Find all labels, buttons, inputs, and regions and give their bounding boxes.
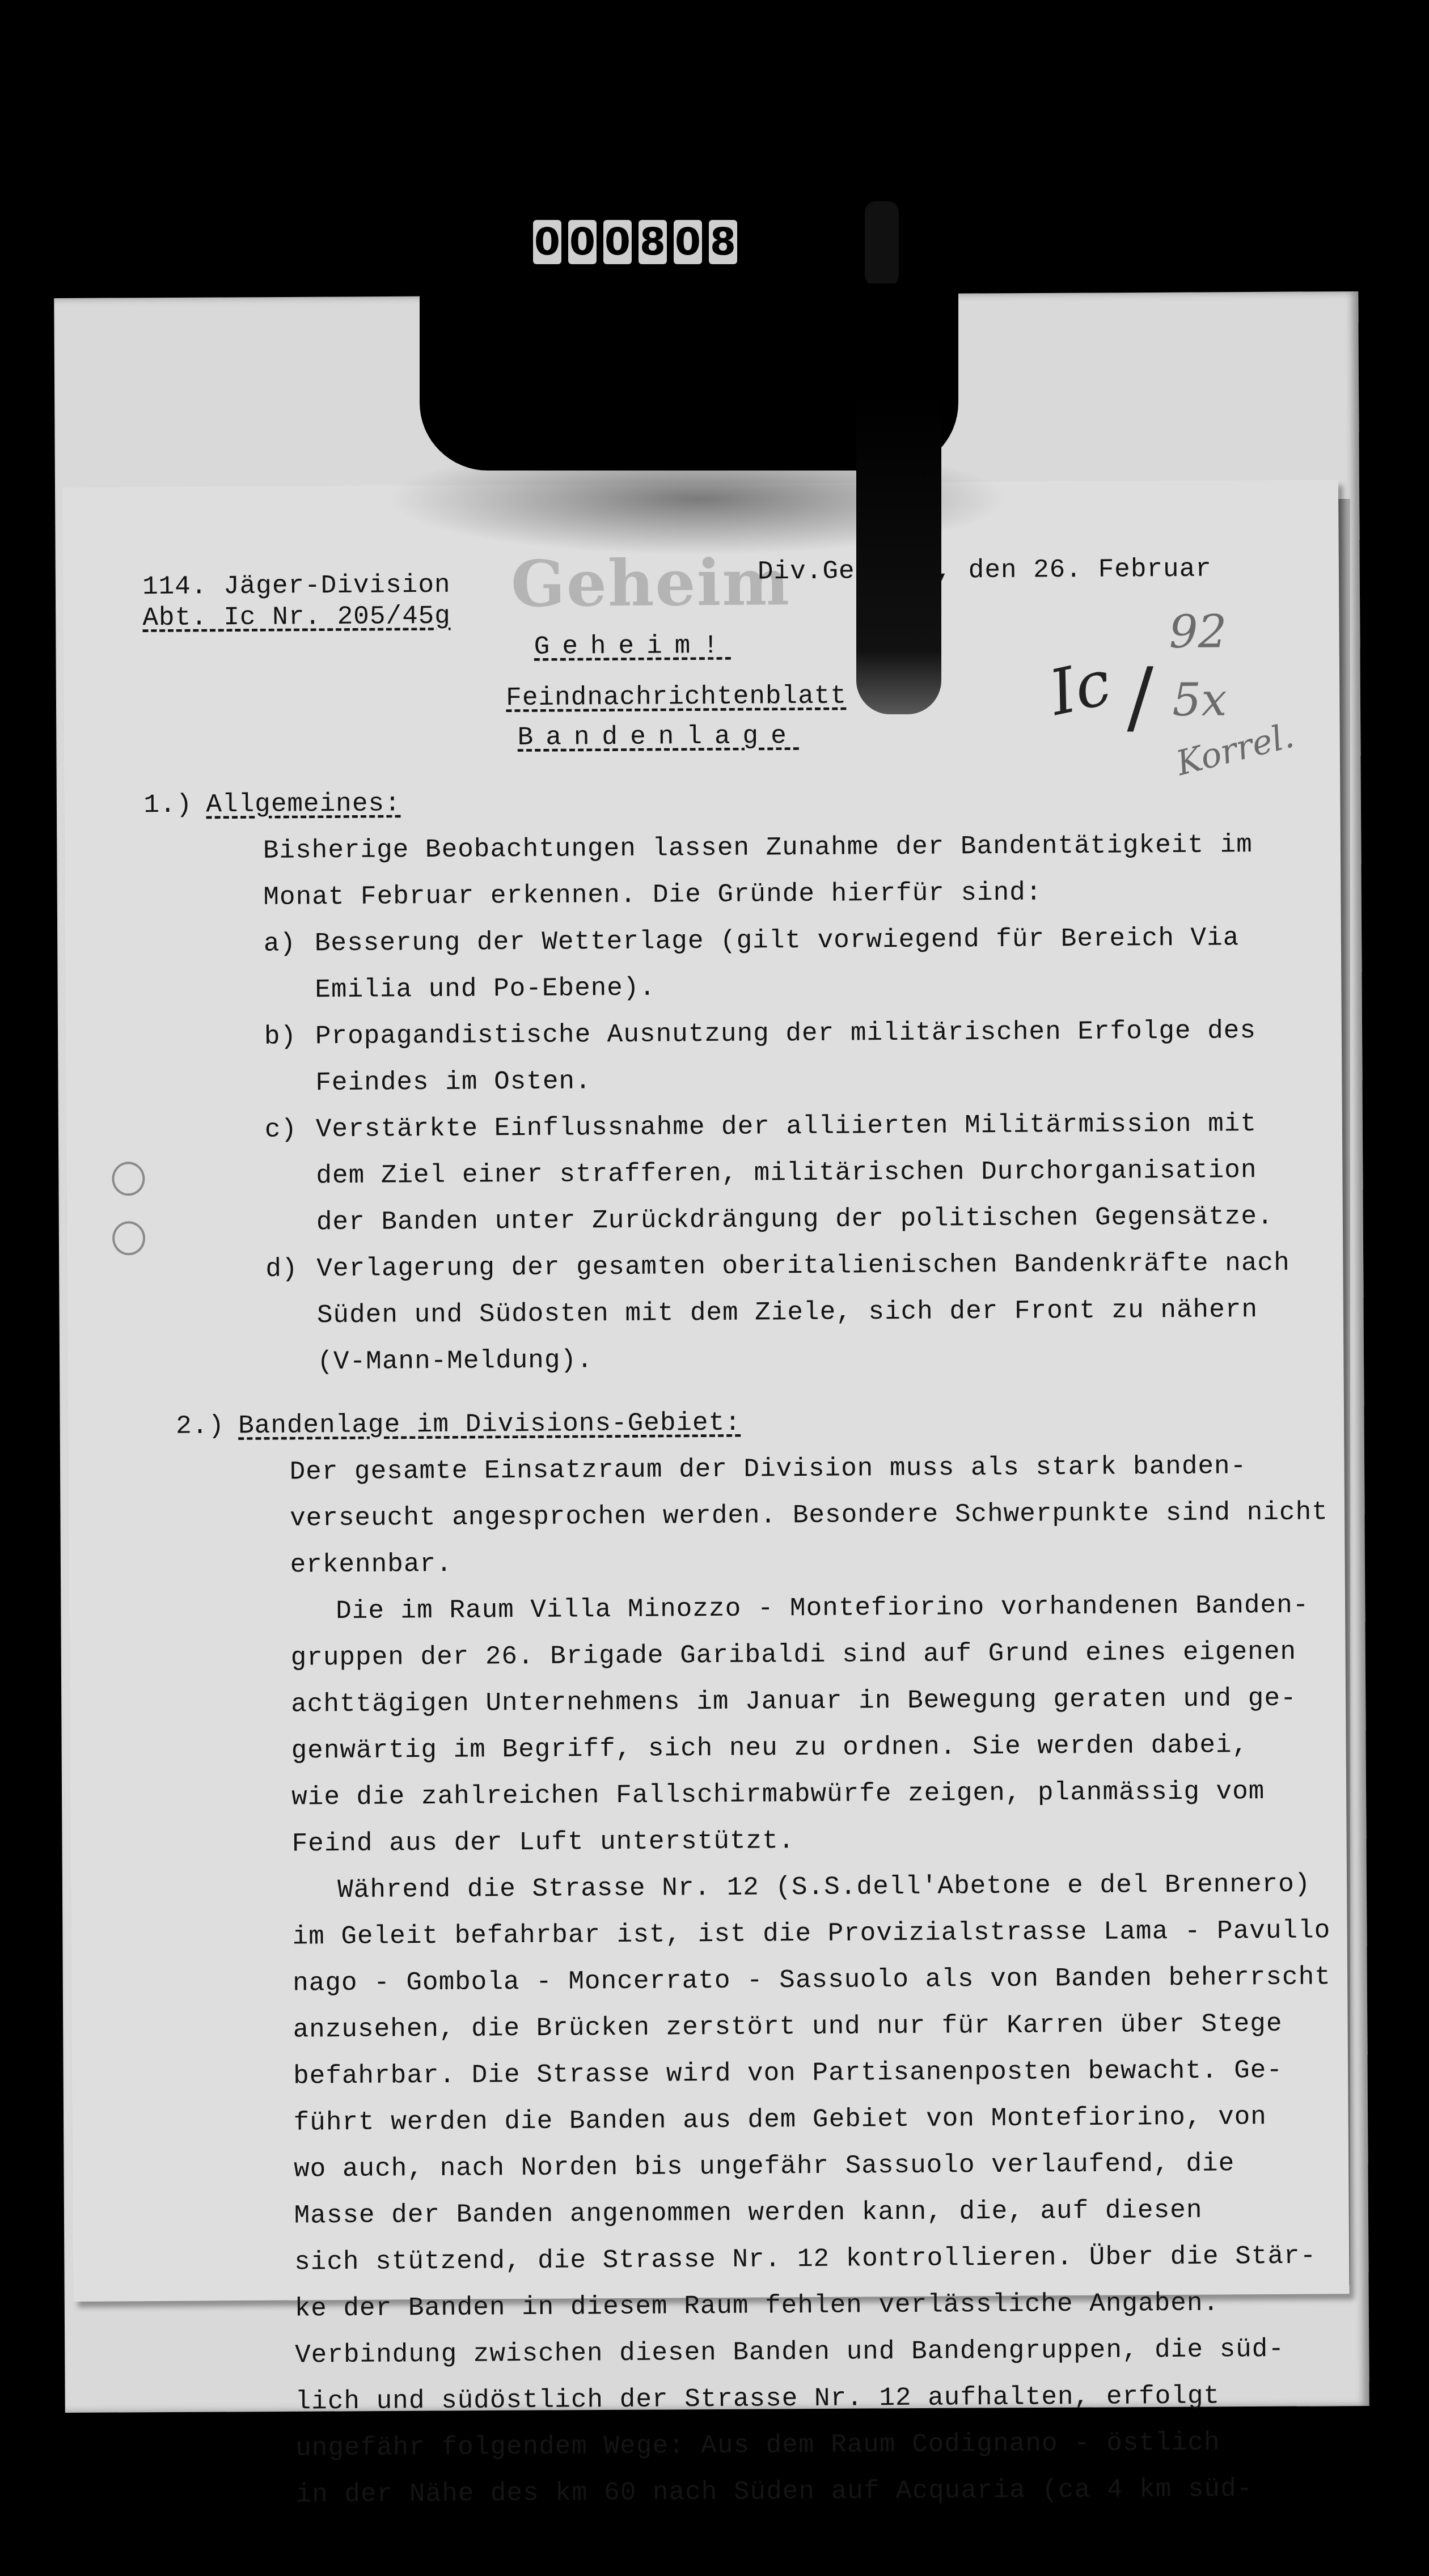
paragraph-line: Während die Strasse Nr. 12 (S.S.dell'Abe…	[337, 1870, 1311, 1905]
punch-hole	[112, 1162, 145, 1196]
counter-digit: 8	[709, 220, 737, 264]
section-number: 2.)	[176, 1411, 225, 1441]
handwritten-number: 92	[1169, 605, 1227, 658]
paragraph-line: sich stützend, die Strasse Nr. 12 kontro…	[294, 2242, 1316, 2277]
document-page: 114. Jäger-Division Abt. Ic Nr. 205/45g …	[62, 480, 1350, 2302]
classification: Geheim!	[534, 631, 732, 662]
list-item-label: d)	[265, 1254, 298, 1283]
handwritten-copies: 5x	[1172, 673, 1227, 726]
paragraph-line: Bisherige Beobachtungen lassen Zunahme d…	[263, 830, 1253, 866]
paragraph-line: wo auch, nach Norden bis ungefähr Sassuo…	[294, 2149, 1234, 2184]
section-heading: Allgemeines:	[206, 789, 401, 819]
paragraph-line: ke der Banden in diesem Raum fehlen verl…	[294, 2289, 1219, 2324]
paragraph-line: Masse der Banden angenommen werden kann,…	[294, 2196, 1202, 2231]
list-item-line: Emilia und Po-Ebene).	[315, 973, 656, 1005]
secret-stamp: Geheim	[511, 545, 790, 621]
paragraph-line: achttägigen Unternehmens im Januar in Be…	[291, 1684, 1297, 1719]
list-item-line: Feindes im Osten.	[315, 1066, 591, 1098]
handwritten-slash: /	[1127, 651, 1154, 743]
paragraph-line: Die im Raum Villa Minozzo - Montefiorino…	[336, 1591, 1309, 1626]
counter-digit: 0	[674, 220, 702, 264]
list-item-line: Verstärkte Einflussnahme der alliierten …	[316, 1109, 1257, 1144]
reference-number: Abt. Ic Nr. 205/45g	[142, 601, 451, 633]
list-item-label: a)	[264, 929, 297, 958]
paragraph-line: führt werden die Banden aus dem Gebiet v…	[293, 2102, 1267, 2137]
handwritten-office: Ic	[1043, 646, 1117, 730]
paragraph-line: nago - Gombola - Moncerrato - Sassuolo a…	[293, 1962, 1331, 1998]
paragraph-line: verseucht angesprochen werden. Besondere…	[290, 1497, 1328, 1533]
counter-digit: 0	[533, 220, 561, 264]
paragraph-line: ungefähr folgendem Wege: Aus dem Raum Co…	[295, 2428, 1220, 2463]
section-heading: Bandenlage im Divisions-Gebiet:	[238, 1408, 741, 1440]
list-item-line: (V-Mann-Meldung).	[317, 1345, 593, 1376]
list-item-label: c)	[265, 1115, 298, 1144]
counter-knob	[865, 201, 899, 286]
list-item-label: b)	[264, 1022, 297, 1051]
list-item-line: Süden und Südosten mit dem Ziele, sich d…	[317, 1295, 1258, 1330]
counter-digit: 8	[639, 220, 667, 264]
paragraph-line: Feind aus der Luft unterstützt.	[291, 1826, 794, 1858]
list-item-line: dem Ziel einer strafferen, militärischen…	[316, 1155, 1257, 1190]
paragraph-line: in der Nähe des km 60 nach Süden auf Acq…	[295, 2474, 1253, 2509]
paragraph-line: befahrbar. Die Strasse wird von Partisan…	[293, 2056, 1283, 2091]
counter-digit: 0	[603, 220, 632, 264]
paragraph-line: im Geleit befahrbar ist, ist die Provizi…	[292, 1916, 1330, 1951]
list-item-line: Verlagerung der gesamten oberitalienisch…	[316, 1248, 1290, 1283]
paragraph-line: Verbindung zwischen diesen Banden und Ba…	[295, 2334, 1284, 2370]
list-item-line: Propagandistische Ausnutzung der militär…	[315, 1016, 1256, 1051]
paragraph-line: anzusehen, die Brücken zerstört und nur …	[293, 2009, 1282, 2045]
list-item-line: der Banden unter Zurückdrängung der poli…	[316, 1202, 1274, 1237]
section-number: 1.)	[143, 790, 192, 820]
document-clip-arm	[856, 397, 941, 714]
paragraph-line: lich und südöstlich der Strasse Nr. 12 a…	[295, 2382, 1220, 2417]
paragraph-line: erkennbar.	[290, 1549, 452, 1580]
place-date: Div.Gef.St., den 26. Februar	[758, 554, 1212, 587]
unit-name: 114. Jäger-Division	[142, 570, 451, 601]
list-item-line: Besserung der Wetterlage (gilt vorwiegen…	[315, 923, 1240, 958]
counter-digit: 0	[568, 220, 597, 264]
paragraph-line: genwärtig im Begriff, sich neu zu ordnen…	[291, 1730, 1248, 1765]
punch-hole	[112, 1221, 145, 1255]
paragraph-line: wie die zahlreichen Fallschirmabwürfe ze…	[291, 1777, 1265, 1812]
document-subtitle: Bandenlage	[518, 721, 799, 752]
paragraph-line: Der gesamte Einsatzraum der Division mus…	[289, 1451, 1246, 1486]
paragraph-line: gruppen der 26. Brigade Garibaldi sind a…	[290, 1637, 1296, 1673]
frame-counter: 000808	[533, 220, 737, 264]
document-title: Feindnachrichtenblatt	[506, 681, 847, 713]
paragraph-line: Monat Februar erkennen. Die Gründe hierf…	[263, 878, 1042, 912]
